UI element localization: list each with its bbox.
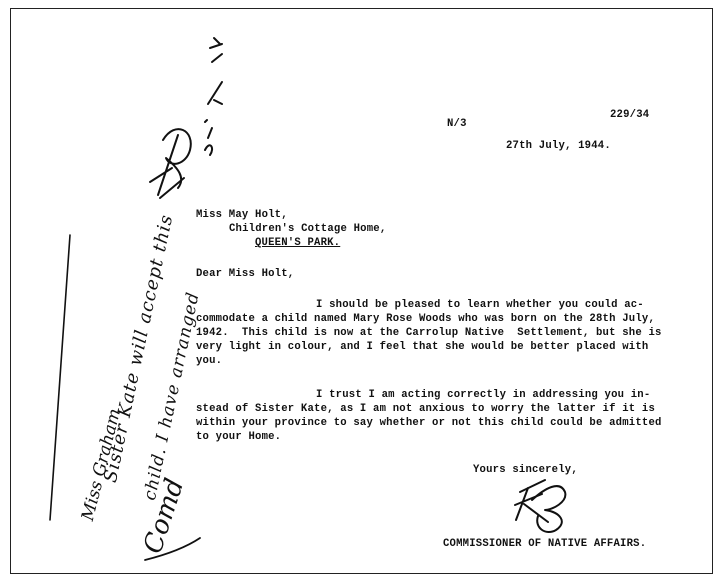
margin-annotations — [0, 0, 723, 582]
